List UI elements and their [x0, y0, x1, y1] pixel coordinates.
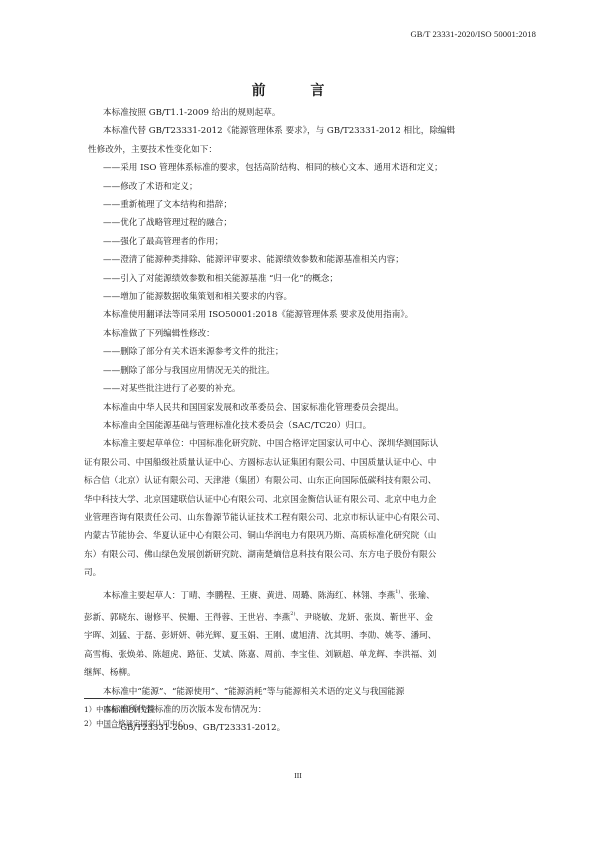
drafters-line: 本标准主要起草人：丁晴、李鹏程、王赓、黄进、周璐、陈海红、林翎、李燕1)、张瑜、 [84, 583, 514, 605]
change-item: ——采用 ISO 管理体系标准的要求，包括高阶结构、相同的核心文本、通用术语和定… [84, 159, 514, 177]
drafters-text: 彭新、郭晓东、谢修平、侯姗、王得蓉、王世岩、李燕 [84, 613, 290, 623]
change-item: ——强化了最高管理者的作用； [84, 233, 514, 251]
drafters-text: 、张瑜、 [400, 591, 434, 601]
footnote-2: 2）中国合格评定国家认可中心 [84, 717, 185, 731]
standard-code-header: GB/T 23331-2020/ISO 50001:2018 [410, 29, 536, 39]
paragraph-administered-by: 本标准由全国能源基础与管理标准化技术委员会（SAC/TC20）归口。 [84, 417, 514, 435]
change-item: ——修改了术语和定义； [84, 178, 514, 196]
footnotes: 1）中国标准化研究院 2）中国合格评定国家认可中心 [84, 703, 185, 730]
change-item: ——增加了能源数据收集策划和相关要求的内容。 [84, 288, 514, 306]
drafters-line: 继辉、杨柳。 [84, 664, 514, 682]
change-item: ——澄清了能源种类排除、能源评审要求、能源绩效参数和能源基准相关内容； [84, 251, 514, 269]
drafters-text: 、尹晓敏、龙妍、张岚、靳世平、金 [295, 613, 433, 623]
editorial-item: ——对某些批注进行了必要的补充。 [84, 380, 514, 398]
drafters-line: 宇晖、刘猛、于磊、彭妍妍、韩光辉、夏玉娟、王刚、虞旭清、沈其明、李勋、姚苓、潘珂… [84, 627, 514, 645]
paragraph-translation-method: 本标准使用翻译法等同采用 ISO50001:2018《能源管理体系 要求及使用指… [84, 306, 514, 324]
page-title: 前 言 [0, 80, 596, 100]
drafting-units-line: 东）有限公司、佛山绿色发展创新研究院、湖南楚熵信息科技有限公司、东方电子股份有限… [84, 546, 514, 564]
document-body: 本标准按照 GB/T1.1-2009 给出的规则起草。 本标准代替 GB/T23… [84, 104, 514, 738]
drafting-units-line: 业管理咨询有限责任公司、山东鲁源节能认证技术工程有限公司、北京市标认证中心有限公… [84, 509, 514, 527]
drafting-units-line: 内蒙古节能协会、华夏认证中心有限公司、铜山华润电力有限巩乃斯、高质标准化研究院（… [84, 527, 514, 545]
change-item: ——重新梳理了文本结构和措辞； [84, 196, 514, 214]
drafters-line: 彭新、郭晓东、谢修平、侯姗、王得蓉、王世岩、李燕2)、尹晓敏、龙妍、张岚、靳世平… [84, 605, 514, 627]
paragraph-replaces-cont: 性修改外，主要技术性变化如下： [84, 141, 514, 159]
drafters-line: 高雪梅、张焕弟、陈超虎、路征、艾斌、陈嘉、周前、李宝佳、刘颖超、单龙辉、李洪福、… [84, 646, 514, 664]
paragraph-drafting-rules: 本标准按照 GB/T1.1-2009 给出的规则起草。 [84, 104, 514, 122]
page-number: III [0, 771, 596, 780]
footnote-divider [84, 698, 260, 699]
change-item: ——引入了对能源绩效参数和相关能源基准 “归一化”的概念； [84, 270, 514, 288]
change-item: ——优化了战略管理过程的融合； [84, 214, 514, 232]
drafting-units-line: 司。 [84, 564, 514, 582]
drafters-text: 本标准主要起草人：丁晴、李鹏程、王赓、黄进、周璐、陈海红、林翎、李燕 [103, 591, 395, 601]
drafting-units-line: 标合信（北京）认证有限公司、天津港（集团）有限公司、山东正向国际低碳科技有限公司… [84, 472, 514, 490]
drafting-units-line: 证有限公司、中国船级社质量认证中心、方圆标志认证集团有限公司、中国质量认证中心、… [84, 454, 514, 472]
paragraph-proposed-by: 本标准由中华人民共和国国家发展和改革委员会、国家标准化管理委员会提出。 [84, 399, 514, 417]
drafting-units-line: 华中科技大学、北京国建联信认证中心有限公司、北京国金衡信认证有限公司、北京中电力… [84, 491, 514, 509]
footnote-1: 1）中国标准化研究院 [84, 703, 185, 717]
editorial-item: ——删除了部分与我国应用情况无关的批注。 [84, 362, 514, 380]
editorial-item: ——删除了部分有关术语来源参考文件的批注； [84, 343, 514, 361]
paragraph-editorial-intro: 本标准做了下列编辑性修改： [84, 325, 514, 343]
paragraph-replaces: 本标准代替 GB/T23331-2012《能源管理体系 要求》，与 GB/T23… [84, 122, 514, 140]
drafting-units-line: 本标准主要起草单位：中国标准化研究院、中国合格评定国家认可中心、深圳华测国际认 [84, 435, 514, 453]
